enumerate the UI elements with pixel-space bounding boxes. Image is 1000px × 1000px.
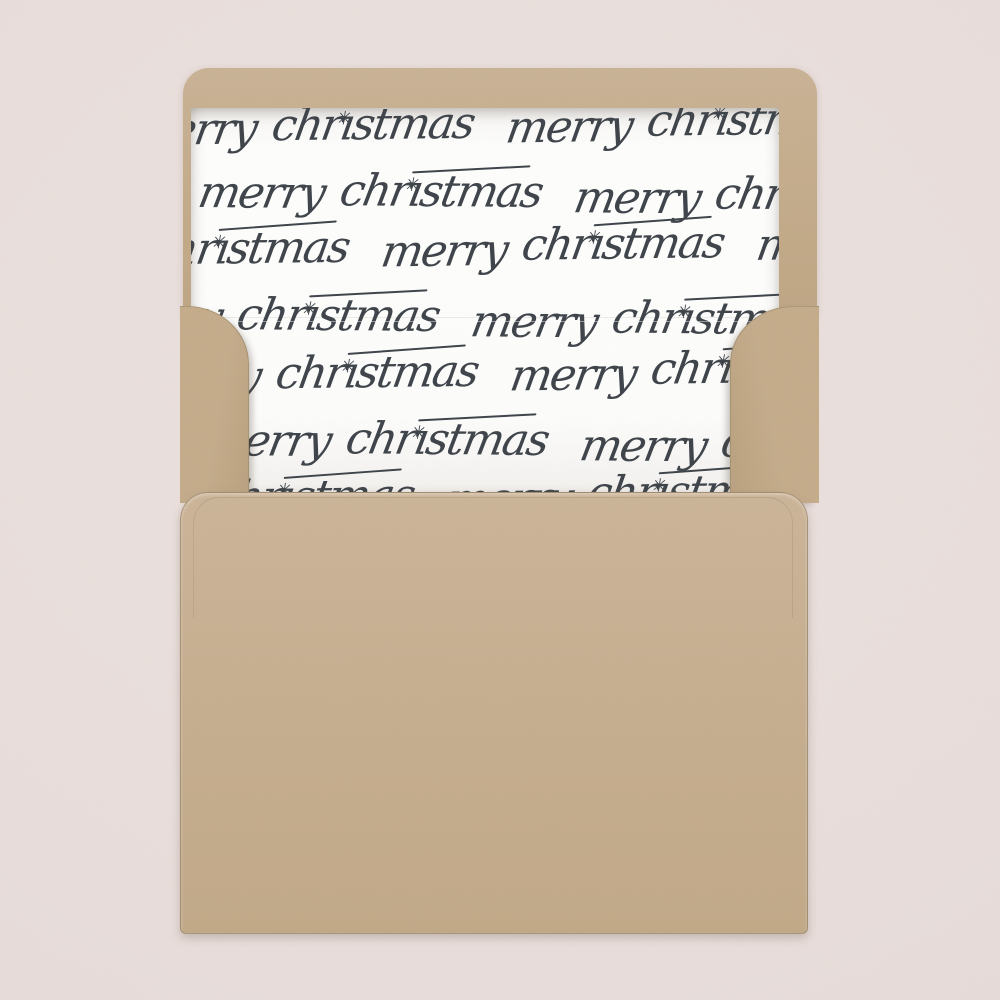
envelope-side-flap-left [180, 306, 249, 503]
liner-word-merry: merry [376, 220, 511, 284]
liner-word-merry: merry [501, 108, 636, 159]
christmas-suffix: stmas [416, 166, 546, 218]
liner-word-christmas: chrı✳stmas [335, 160, 547, 224]
envelope: merrychrı✳stmasmerrychrı✳stmasmerrychrı✳… [180, 68, 818, 932]
envelope-front-panel [180, 492, 808, 934]
liner-pattern: merrychrı✳stmasmerrychrı✳stmasmerrychrı✳… [191, 108, 779, 504]
christmas-suffix: stmas [422, 414, 552, 466]
christmas-suffix: stmas [313, 290, 443, 342]
liner-word-christmas: chrı✳stmas [518, 212, 729, 277]
liner-word-merry: merry [193, 162, 329, 225]
envelope-liner: merrychrı✳stmasmerrychrı✳stmasmerrychrı✳… [191, 108, 779, 504]
liner-word-christmas: chrı✳stmas [271, 341, 482, 406]
christmas-suffix: stmas [352, 346, 481, 399]
liner-word-christmas: chrı✳stmas [191, 217, 353, 282]
liner-pattern-row: merrychrı✳stmasmerrychrı✳stmasmerrychrı✳… [191, 108, 779, 162]
envelope-side-flap-right [730, 306, 819, 503]
christmas-suffix: stmas [724, 108, 779, 146]
liner-word-christmas: chrı✳stmas [341, 408, 553, 472]
panel-seam-line [193, 497, 793, 618]
christmas-suffix: stmas [599, 217, 728, 270]
liner-word-christmas: chrı✳stmas [643, 108, 779, 153]
liner-word-merry: merry [191, 108, 261, 162]
photo-stage: merrychrı✳stmasmerrychrı✳stmasmerrychrı✳… [0, 0, 1000, 1000]
liner-word-merry: merry [752, 213, 779, 277]
liner-word-merry: merry [505, 344, 640, 408]
christmas-suffix: stmas [223, 222, 352, 275]
christmas-suffix: stmas [348, 108, 477, 150]
liner-fold-crease [191, 317, 779, 322]
liner-word-christmas: chrı✳stmas [267, 108, 478, 157]
